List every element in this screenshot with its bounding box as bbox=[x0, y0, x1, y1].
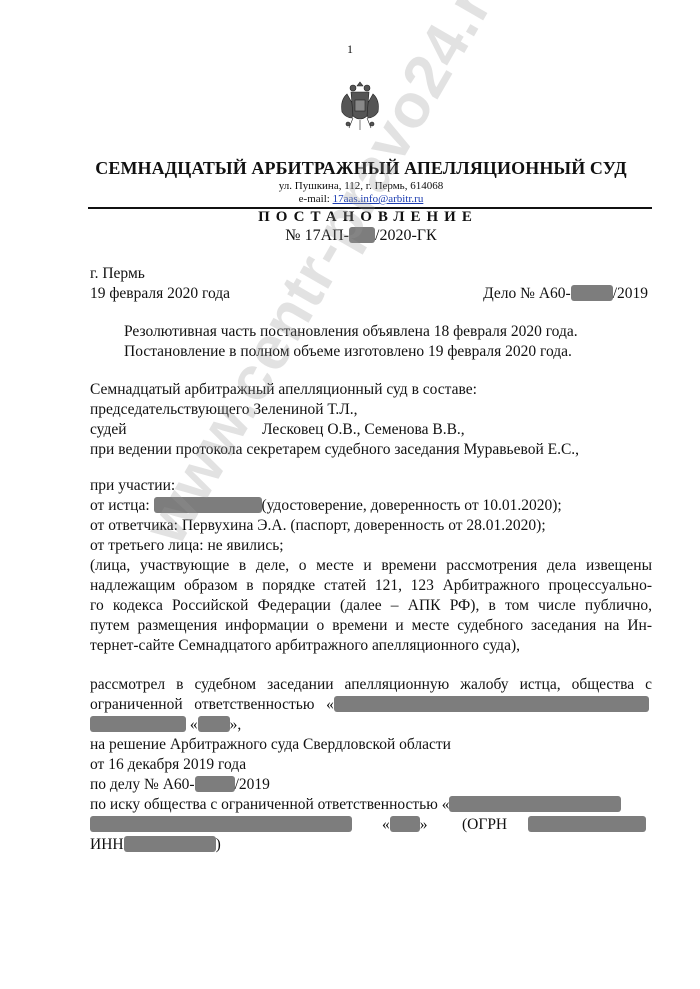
announcement-line: Постановление в полном объеме изготовлен… bbox=[124, 343, 572, 361]
lawsuit-line: по иску общества с ограниченной ответств… bbox=[90, 796, 621, 814]
notice-line: надлежащим образом в порядке статей 121,… bbox=[90, 577, 652, 595]
consideration-line: рассмотрел в судебном заседании апелляци… bbox=[90, 676, 652, 694]
appealed-case-number: по делу № А60-/2019 bbox=[90, 776, 270, 794]
redaction-bar bbox=[528, 816, 646, 832]
notice-line-last: тернет-сайте Семнадцатого арбитражного а… bbox=[90, 637, 520, 655]
redaction-bar bbox=[198, 716, 230, 732]
appealed-decision-date: от 16 декабря 2019 года bbox=[90, 756, 246, 774]
redaction-bar bbox=[390, 816, 420, 832]
inn-line: ИНН) bbox=[90, 836, 221, 854]
redaction-bar bbox=[571, 285, 613, 301]
watermark: www.centr-pravo24.ru bbox=[130, 0, 526, 555]
judges-label: судей bbox=[90, 421, 127, 439]
redaction-bar bbox=[195, 776, 235, 792]
appealed-decision: на решение Арбитражного суда Свердловско… bbox=[90, 736, 451, 754]
case-number: Дело № А60-/2019 bbox=[483, 285, 648, 303]
city: г. Пермь bbox=[90, 265, 145, 283]
notice-line: го кодекса Российской Федерации (далее –… bbox=[90, 597, 652, 615]
redaction-bar bbox=[90, 716, 186, 732]
judges: Лесковец О.В., Семенова В.В., bbox=[262, 421, 465, 439]
document-page: 1 СЕМНАДЦАТЫЙ АРБИТРАЖНЫЙ АПЕЛЛЯЦИОННЫЙ … bbox=[0, 0, 700, 989]
redaction-bar bbox=[124, 836, 216, 852]
redaction-bar bbox=[449, 796, 621, 812]
consideration-line: «», bbox=[90, 716, 241, 734]
ogrn-label: (ОГРН bbox=[462, 816, 507, 834]
notice-line: (лица, участвующие в деле, о месте и вре… bbox=[90, 557, 652, 575]
page-number: 1 bbox=[0, 42, 700, 57]
notice-line: путем размещения информации о времени и … bbox=[90, 617, 652, 635]
consideration-line: ограниченной ответственностью « bbox=[90, 696, 652, 714]
decision-date: 19 февраля 2020 года bbox=[90, 285, 230, 303]
announcement-line: Резолютивная часть постановления объявле… bbox=[124, 323, 578, 341]
lawsuit-line: «» (ОГРН bbox=[90, 816, 652, 834]
redaction-bar bbox=[334, 696, 649, 712]
redaction-bar bbox=[90, 816, 352, 832]
secretary: при ведении протокола секретарем судебно… bbox=[90, 441, 579, 459]
